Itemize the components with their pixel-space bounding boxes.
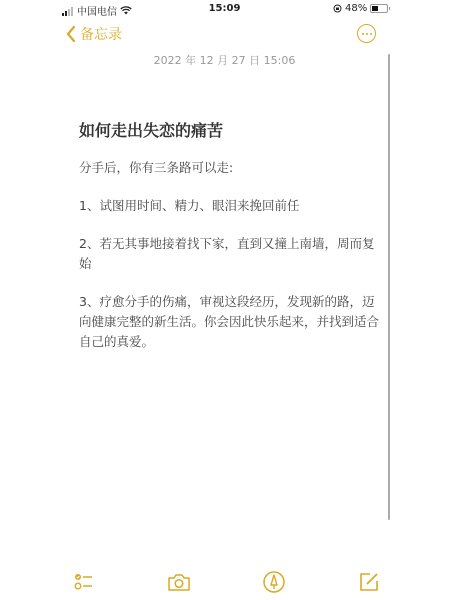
checklist-button[interactable] xyxy=(72,570,96,594)
note-paragraph: 1、试图用时间、精力、眼泪来挽回前任 xyxy=(79,196,379,216)
compose-icon xyxy=(357,570,381,594)
note-body[interactable]: 分手后，你有三条路可以走: 1、试图用时间、精力、眼泪来挽回前任 2、若无其事地… xyxy=(79,158,379,370)
status-bar: 中国电信 15:09 48% xyxy=(0,0,449,18)
status-right: 48% xyxy=(333,3,388,14)
scrollbar[interactable] xyxy=(388,54,390,520)
camera-button[interactable] xyxy=(167,570,191,594)
more-button[interactable] xyxy=(357,24,376,43)
back-label: 备忘录 xyxy=(80,24,122,44)
more-dot xyxy=(362,33,364,35)
battery-icon xyxy=(370,4,388,13)
compose-button[interactable] xyxy=(357,570,381,594)
more-dot xyxy=(370,33,372,35)
note-paragraph: 分手后，你有三条路可以走: xyxy=(79,158,379,178)
chevron-left-icon xyxy=(66,26,76,42)
orientation-lock-icon xyxy=(333,4,342,13)
camera-icon xyxy=(167,570,191,594)
back-button[interactable]: 备忘录 xyxy=(66,24,122,44)
more-dot xyxy=(366,33,368,35)
note-paragraph: 3、疗愈分手的伤痛，审视这段经历，发现新的路，迈向健康完整的新生活。你会因此快乐… xyxy=(79,292,379,352)
markup-button[interactable] xyxy=(262,570,286,594)
battery-percent: 48% xyxy=(345,3,367,14)
checklist-icon xyxy=(72,570,96,594)
note-title[interactable]: 如何走出失恋的痛苦 xyxy=(79,118,223,141)
markup-icon xyxy=(262,570,286,594)
note-paragraph: 2、若无其事地接着找下家，直到又撞上南墙，周而复始 xyxy=(79,234,379,274)
note-date: 2022 年 12 月 27 日 15:06 xyxy=(0,52,449,68)
bottom-toolbar xyxy=(0,570,449,594)
